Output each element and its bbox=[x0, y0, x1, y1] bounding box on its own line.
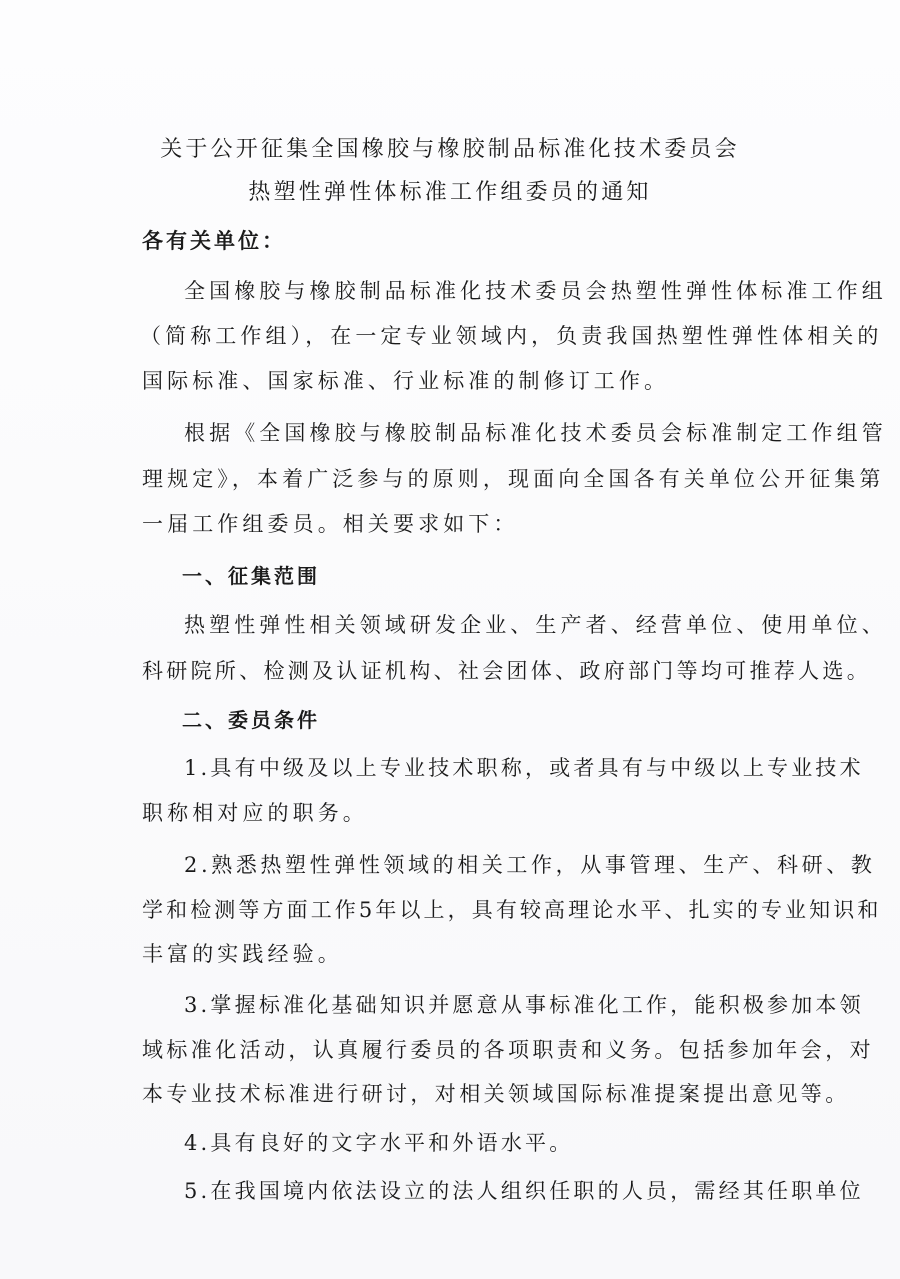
scope-paragraph-line: 科研院所、检测及认证机构、社会团体、政府部门等均可推荐人选。 bbox=[142, 657, 782, 685]
intro-paragraph-line: 国际标准、国家标准、行业标准的制修订工作。 bbox=[142, 367, 782, 395]
document-title-line-2: 热塑性弹性体标准工作组委员的通知 bbox=[0, 179, 900, 207]
qualification-item-2-cont: 丰富的实践经验。 bbox=[142, 940, 782, 968]
section-heading-scope: 一、征集范围 bbox=[182, 562, 822, 590]
document-title-line-1: 关于公开征集全国橡胶与橡胶制品标准化技术委员会 bbox=[0, 136, 900, 164]
basis-paragraph-line: 根据《全国橡胶与橡胶制品标准化技术委员会标准制定工作组管 bbox=[184, 419, 782, 447]
qualification-item-1-cont: 职称相对应的职务。 bbox=[142, 799, 782, 827]
basis-paragraph-line: 理规定》，本着广泛参与的原则，现面向全国各有关单位公开征集第 bbox=[142, 465, 782, 493]
salutation: 各有关单位： bbox=[142, 227, 782, 255]
qualification-item-1: 1.具有中级及以上专业技术职称，或者具有与中级以上专业技术 bbox=[184, 754, 782, 782]
section-heading-qualifications: 二、委员条件 bbox=[182, 706, 822, 734]
document-page: 关于公开征集全国橡胶与橡胶制品标准化技术委员会 热塑性弹性体标准工作组委员的通知… bbox=[0, 0, 900, 1279]
qualification-item-2-cont: 学和检测等方面工作5年以上，具有较高理论水平、扎实的专业知识和 bbox=[142, 896, 782, 924]
scope-paragraph-line: 热塑性弹性相关领域研发企业、生产者、经营单位、使用单位、 bbox=[184, 611, 782, 639]
qualification-item-5: 5.在我国境内依法设立的法人组织任职的人员，需经其任职单位 bbox=[184, 1177, 782, 1205]
qualification-item-3: 3.掌握标准化基础知识并愿意从事标准化工作，能积极参加本领 bbox=[184, 991, 782, 1019]
intro-paragraph-line: （简称工作组），在一定专业领域内，负责我国热塑性弹性体相关的 bbox=[140, 322, 780, 350]
qualification-item-3-cont: 本专业技术标准进行研讨，对相关领域国际标准提案提出意见等。 bbox=[142, 1080, 782, 1108]
intro-paragraph-line: 全国橡胶与橡胶制品标准化技术委员会热塑性弹性体标准工作组 bbox=[184, 277, 782, 305]
qualification-item-3-cont: 域标准化活动，认真履行委员的各项职责和义务。包括参加年会，对 bbox=[142, 1036, 782, 1064]
qualification-item-2: 2.熟悉热塑性弹性领域的相关工作，从事管理、生产、科研、教 bbox=[184, 851, 782, 879]
qualification-item-4: 4.具有良好的文字水平和外语水平。 bbox=[184, 1129, 782, 1157]
basis-paragraph-line: 一届工作组委员。相关要求如下： bbox=[142, 510, 782, 538]
